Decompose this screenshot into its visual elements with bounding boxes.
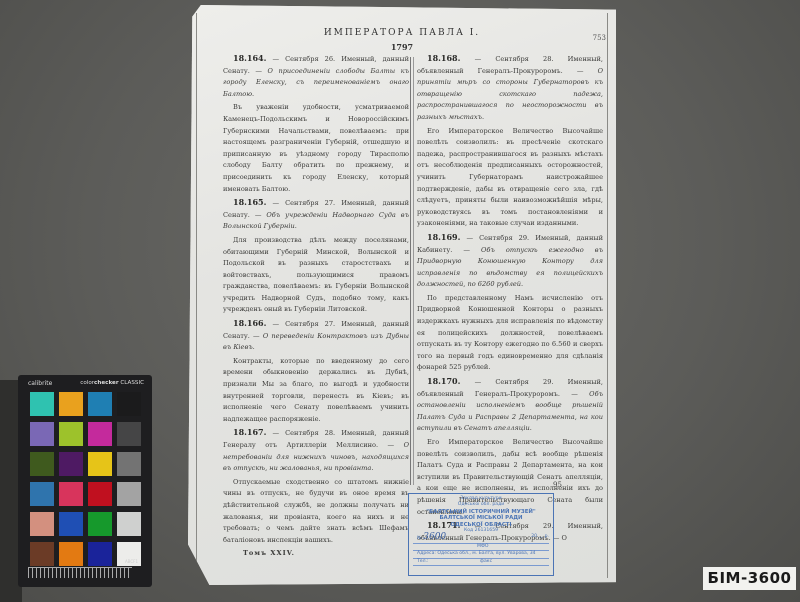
stamp-address: Адреса: Одеська обл., м. Балта, вул. Ува… (413, 551, 549, 558)
entry-text: По представленному Намъ исчисленію отъ П… (417, 293, 603, 374)
checker-code: ABCF1 (125, 559, 138, 564)
color-swatch (59, 422, 83, 446)
color-swatch (30, 542, 54, 566)
color-swatch (30, 422, 54, 446)
left-fold-line (196, 13, 197, 573)
volume-mark: Томъ XXIV. (223, 548, 409, 560)
entry-18168: 18.168. — Сентября 28. Именный, объявлен… (417, 53, 603, 230)
year: 1797 (188, 42, 616, 52)
entry-18165: 18.165. — Сентября 27. Именный, данный С… (223, 197, 409, 316)
entry-number: 18.167. (233, 427, 266, 437)
ruler-scale (28, 567, 132, 578)
color-swatch (88, 452, 112, 476)
color-swatch (117, 512, 141, 536)
column-divider (410, 57, 414, 485)
checker-title: colorchecker CLASSIC (80, 380, 144, 386)
entry-18166: 18.166. — Сентября 27. Именный, данный С… (223, 318, 409, 425)
color-swatch (88, 422, 112, 446)
entry-number: 18.165. (233, 197, 266, 207)
entry-text: Въ уваженіи удобности, усматриваемой Кам… (223, 102, 409, 195)
entry-number: 18.168. (427, 53, 460, 63)
entry-number: 18.169. (427, 232, 460, 242)
entry-18169: 18.169. — Сентября 29. Именный, данный К… (417, 232, 603, 374)
color-checker-card: calibrite colorchecker CLASSIC ABCF1 (18, 375, 152, 587)
color-swatch (117, 422, 141, 446)
color-swatch (30, 392, 54, 416)
color-swatch (59, 482, 83, 506)
checker-brand: calibrite (28, 380, 52, 387)
right-column: 18.168. — Сентября 28. Именный, объявлен… (417, 53, 603, 544)
color-swatch (88, 392, 112, 416)
color-swatch (117, 392, 141, 416)
color-swatch (59, 392, 83, 416)
entry-18164: 18.164. — Сентября 26. Именный, данный С… (223, 53, 409, 195)
entry-text: Контракты, которые по введенному до сего… (223, 356, 409, 426)
entry-text: Его Императорское Величество Высочайше п… (417, 126, 603, 230)
color-swatch-grid (30, 392, 142, 566)
entry-number: 18.164. (233, 53, 266, 63)
color-swatch (117, 452, 141, 476)
color-swatch (59, 452, 83, 476)
museum-stamp: Заклад культури Одеської обл. ради "БАЛТ… (408, 493, 554, 576)
left-column: 18.164. — Сентября 26. Именный, данный С… (223, 53, 409, 560)
stamp-inventory-number: 3600 (423, 532, 446, 542)
entry-18167: 18.167. — Сентября 28. Именный, данный Г… (223, 427, 409, 546)
color-swatch (30, 482, 54, 506)
entry-text: Отпускаемые сходственно со штатомъ нижні… (223, 477, 409, 547)
entry-number: 18.170. (427, 376, 460, 386)
right-fold-line (607, 13, 608, 578)
running-head: ИМПЕРАТОРА ПАВЛА I. (188, 28, 616, 38)
page-number: 753 (593, 34, 606, 42)
entry-text: Для производства дѣлъ между поселянами, … (223, 235, 409, 316)
color-swatch (30, 512, 54, 536)
stamp-phone-row: Тел.: факс (413, 559, 549, 566)
color-swatch (88, 512, 112, 536)
color-swatch (88, 482, 112, 506)
color-swatch (59, 542, 83, 566)
color-swatch (30, 452, 54, 476)
signature-mark: 95 (553, 481, 562, 489)
inventory-label: БІМ-3600 (703, 567, 796, 590)
color-swatch (59, 512, 83, 536)
color-swatch (117, 482, 141, 506)
color-swatch (88, 542, 112, 566)
stamp-number-row: № 3600 20 __ р. (413, 534, 549, 543)
entry-number: 18.166. (233, 318, 266, 328)
